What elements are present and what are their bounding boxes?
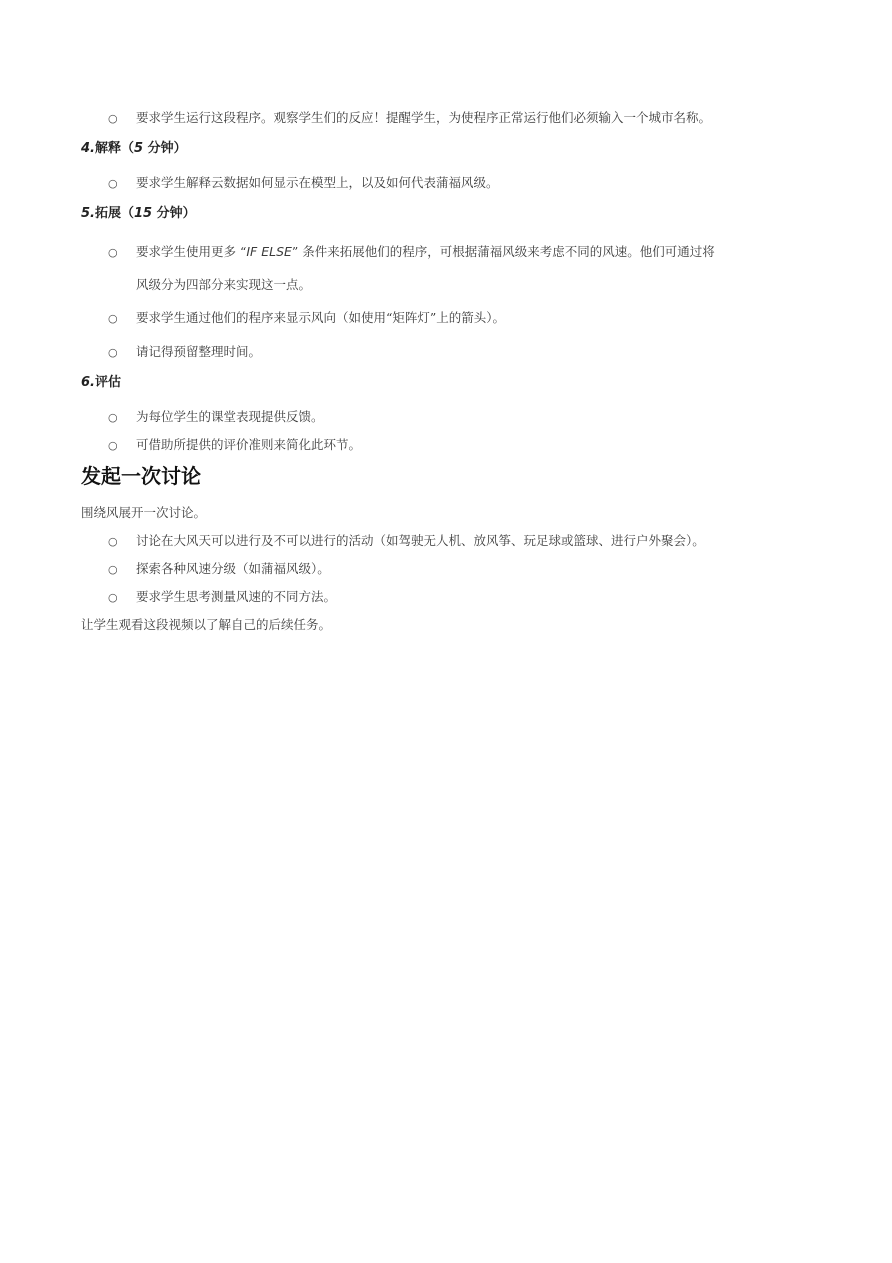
discussion-closing: 让学生观看这段视频以了解自己的后续任务。 xyxy=(81,616,331,633)
list-item-text: 要求学生运行这段程序。观察学生们的反应！提醒学生，为使程序正常运行他们必须输入一… xyxy=(136,109,711,126)
list-item-continuation: 风级分为四部分来实现这一点。 xyxy=(136,276,311,293)
list-item-text: 请记得预留整理时间。 xyxy=(136,343,261,360)
hollow-bullet-icon: ○ xyxy=(108,175,136,192)
list-item: ○为每位学生的课堂表现提供反馈。 xyxy=(108,408,324,426)
list-item: ○要求学生思考测量风速的不同方法。 xyxy=(108,588,336,606)
code-keyword: IF ELSE xyxy=(246,244,292,259)
list-item: ○可借助所提供的评价准则来简化此环节。 xyxy=(108,436,361,454)
list-item-text: 要求学生使用更多 “IF ELSE” 条件来拓展他们的程序，可根据蒲福风级来考虑… xyxy=(136,243,715,260)
step-5-heading: 5.拓展（15 分钟） xyxy=(81,205,196,222)
list-item-text: 可借助所提供的评价准则来简化此环节。 xyxy=(136,436,361,453)
list-item-text: 讨论在大风天可以进行及不可以进行的活动（如驾驶无人机、放风筝、玩足球或篮球、进行… xyxy=(136,532,705,549)
list-item-text: 要求学生通过他们的程序来显示风向（如使用“矩阵灯”上的箭头）。 xyxy=(136,309,505,326)
step-6-heading: 6.评估 xyxy=(81,374,121,391)
section-title: 发起一次讨论 xyxy=(81,463,201,489)
hollow-bullet-icon: ○ xyxy=(108,110,136,127)
list-item: ○要求学生使用更多 “IF ELSE” 条件来拓展他们的程序，可根据蒲福风级来考… xyxy=(108,243,715,261)
list-item-text: 探索各种风速分级（如蒲福风级）。 xyxy=(136,560,330,577)
list-item: ○请记得预留整理时间。 xyxy=(108,343,261,361)
list-item-text: 为每位学生的课堂表现提供反馈。 xyxy=(136,408,324,425)
list-item-text: 要求学生解释云数据如何显示在模型上，以及如何代表蒲福风级。 xyxy=(136,174,499,191)
hollow-bullet-icon: ○ xyxy=(108,533,136,550)
list-item: ○要求学生解释云数据如何显示在模型上，以及如何代表蒲福风级。 xyxy=(108,174,499,192)
discussion-intro: 围绕风展开一次讨论。 xyxy=(81,504,206,521)
list-item-text: 要求学生思考测量风速的不同方法。 xyxy=(136,588,336,605)
hollow-bullet-icon: ○ xyxy=(108,310,136,327)
hollow-bullet-icon: ○ xyxy=(108,437,136,454)
hollow-bullet-icon: ○ xyxy=(108,589,136,606)
list-item: ○要求学生通过他们的程序来显示风向（如使用“矩阵灯”上的箭头）。 xyxy=(108,309,505,327)
list-item: ○要求学生运行这段程序。观察学生们的反应！提醒学生，为使程序正常运行他们必须输入… xyxy=(108,109,711,127)
list-item: ○讨论在大风天可以进行及不可以进行的活动（如驾驶无人机、放风筝、玩足球或篮球、进… xyxy=(108,532,705,550)
document-page: ○要求学生运行这段程序。观察学生们的反应！提醒学生，为使程序正常运行他们必须输入… xyxy=(0,0,892,1263)
hollow-bullet-icon: ○ xyxy=(108,344,136,361)
step-4-heading: 4.解释（5 分钟） xyxy=(81,140,187,157)
hollow-bullet-icon: ○ xyxy=(108,244,136,261)
hollow-bullet-icon: ○ xyxy=(108,561,136,578)
list-item: ○探索各种风速分级（如蒲福风级）。 xyxy=(108,560,330,578)
hollow-bullet-icon: ○ xyxy=(108,409,136,426)
